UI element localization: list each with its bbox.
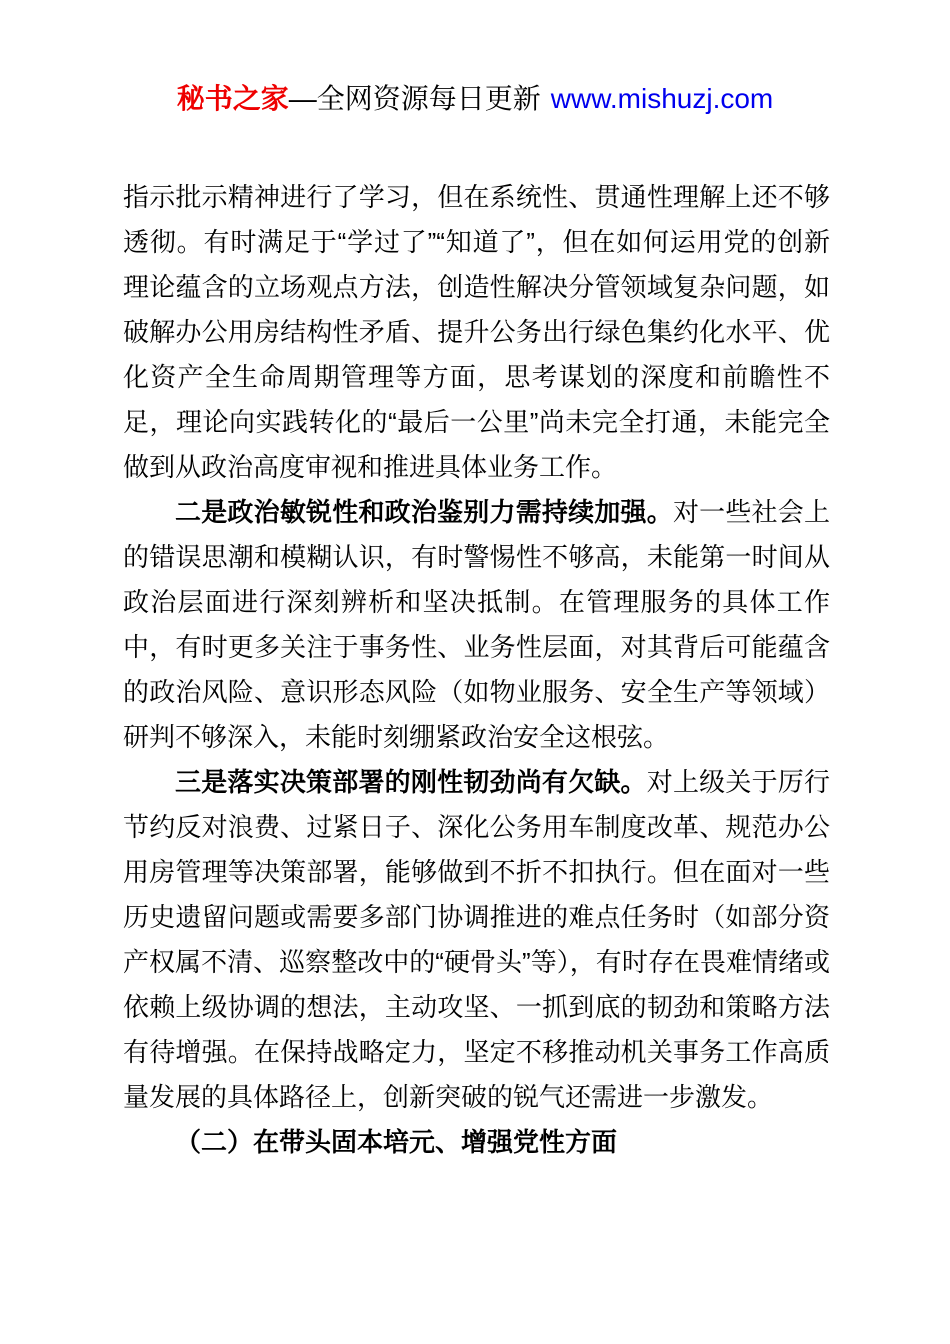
header-separator: — xyxy=(289,83,317,114)
header-tagline: 全网资源每日更新 xyxy=(317,83,541,114)
paragraph-text: 对上级关于厉行节约反对浪费、过紧日子、深化公务用车制度改革、规范办公用房管理等决… xyxy=(123,767,830,1112)
paragraph-text: 指示批示精神进行了学习，但在系统性、贯通性理解上还不够透彻。有时满足于“学过了”… xyxy=(123,182,830,482)
section-heading: （二）在带头固本培元、增强党性方面 xyxy=(123,1120,830,1165)
brand-name: 秘书之家 xyxy=(177,83,289,114)
paragraph-text: 对一些社会上的错误思潮和模糊认识，有时警惕性不够高，未能第一时间从政治层面进行深… xyxy=(123,497,830,752)
paragraph-lead-bold: 二是政治敏锐性和政治鉴别力需持续加强。 xyxy=(175,497,673,527)
paragraph-point-three: 三是落实决策部署的刚性韧劲尚有欠缺。对上级关于厉行节约反对浪费、过紧日子、深化公… xyxy=(123,760,830,1120)
page-background: 秘书之家—全网资源每日更新www.mishuzj.com 指示批示精神进行了学习… xyxy=(0,0,950,1344)
paragraph-point-two: 二是政治敏锐性和政治鉴别力需持续加强。对一些社会上的错误思潮和模糊认识，有时警惕… xyxy=(123,490,830,760)
site-url-link[interactable]: www.mishuzj.com xyxy=(551,83,773,114)
paragraph-continuation: 指示批示精神进行了学习，但在系统性、贯通性理解上还不够透彻。有时满足于“学过了”… xyxy=(123,175,830,490)
document-body: 指示批示精神进行了学习，但在系统性、贯通性理解上还不够透彻。有时满足于“学过了”… xyxy=(123,175,830,1165)
page-header: 秘书之家—全网资源每日更新www.mishuzj.com xyxy=(0,82,950,116)
paragraph-lead-bold: 三是落实决策部署的刚性韧劲尚有欠缺。 xyxy=(175,767,647,797)
document-page: { "page": { "background": "#ffffff", "wi… xyxy=(0,0,950,1344)
